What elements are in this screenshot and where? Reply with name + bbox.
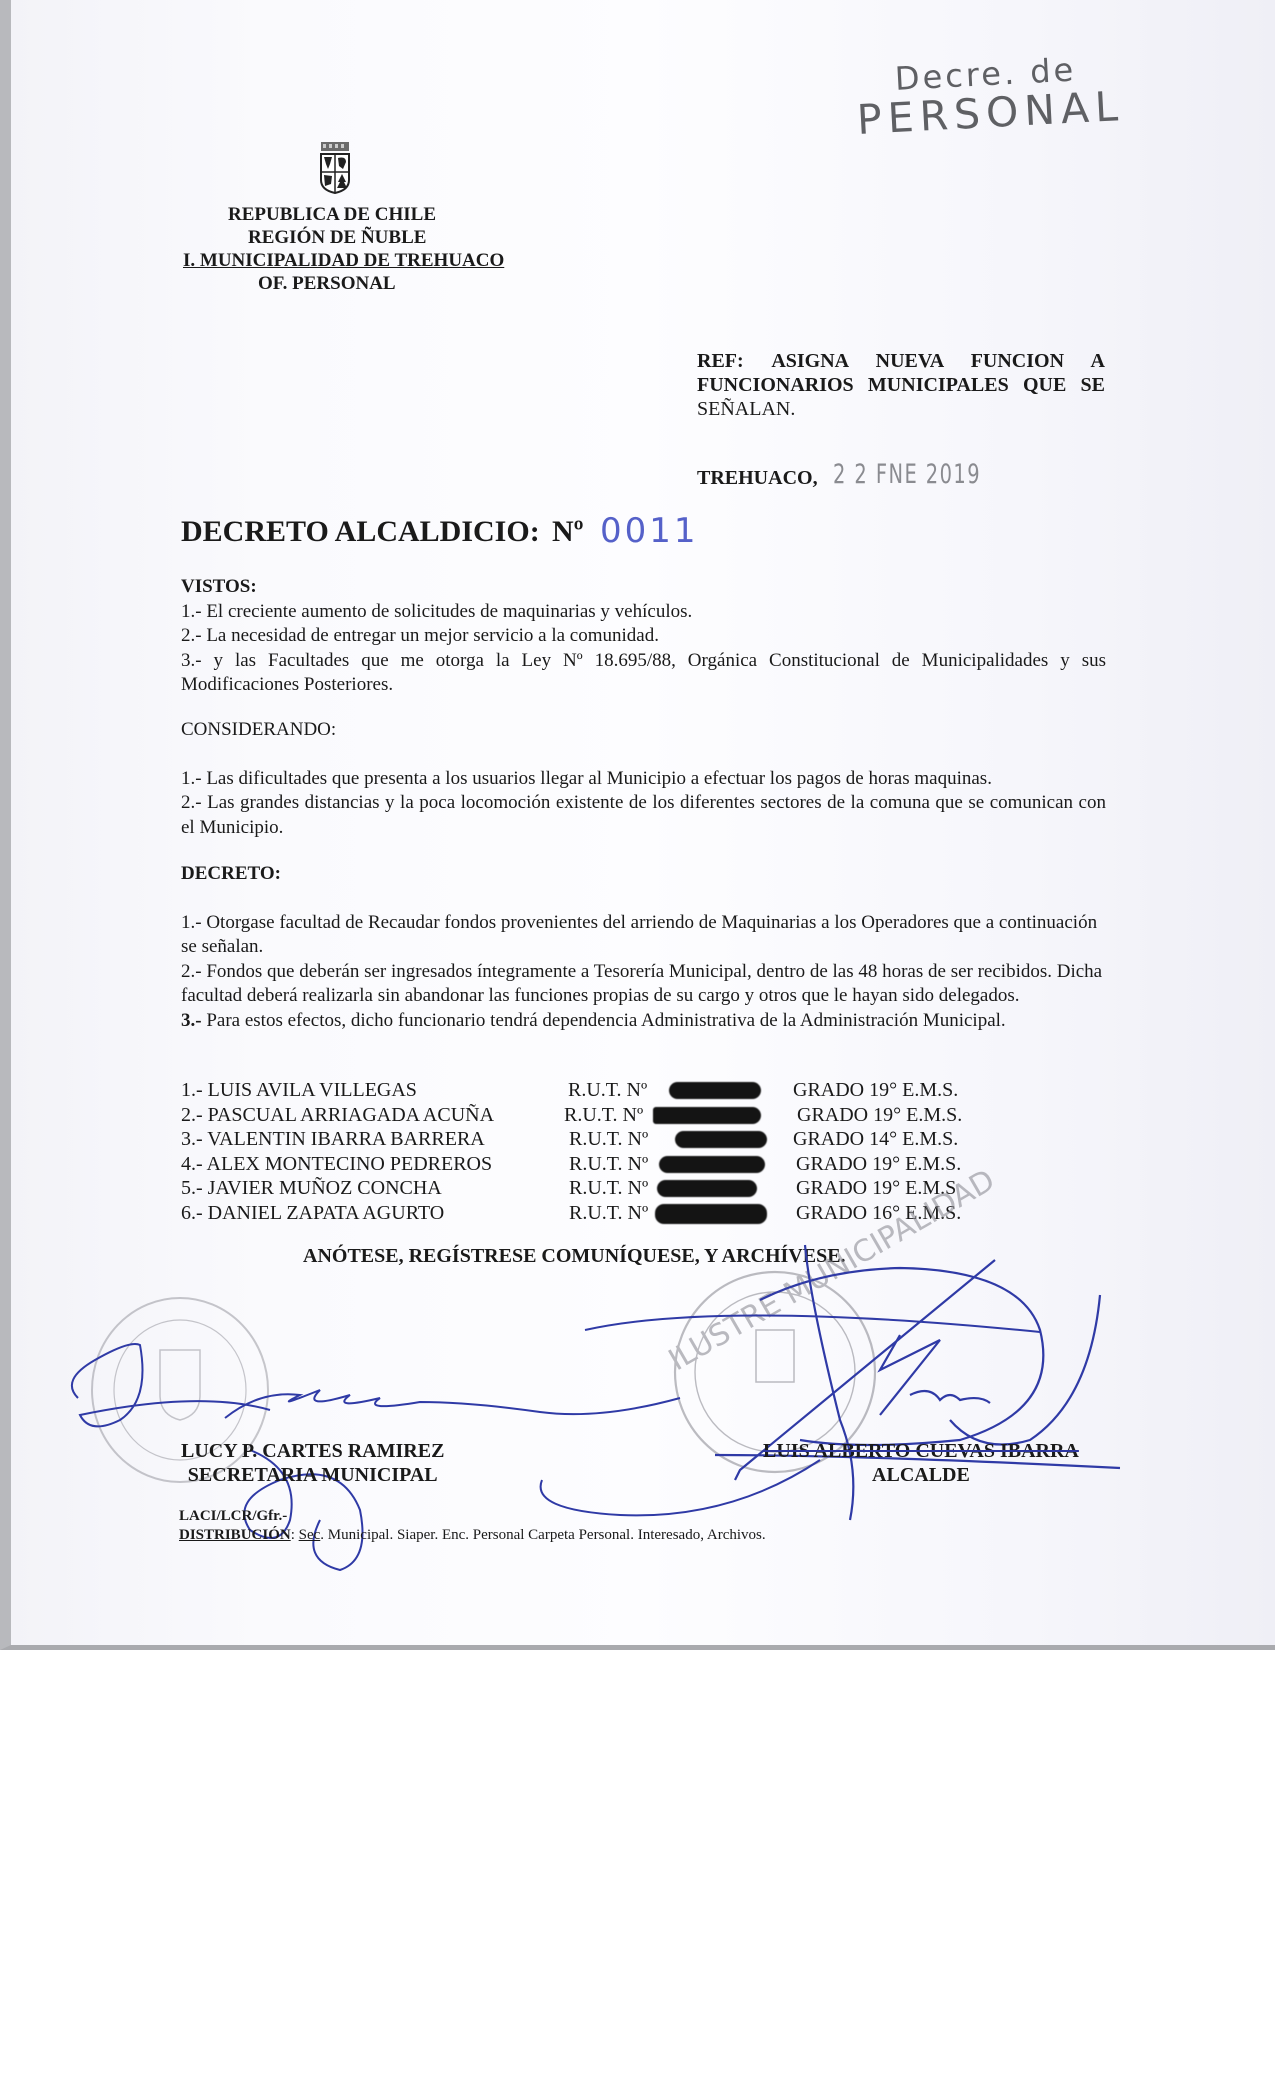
distribution-line: DISTRIBUCIÓN: Sec. Municipal. Siaper. En… <box>179 1527 766 1544</box>
coat-of-arms-icon <box>318 142 352 194</box>
distribution-label: DISTRIBUCIÓN <box>179 1527 291 1543</box>
vistos-item: 2.- La necesidad de entregar un mejor se… <box>181 624 1106 649</box>
reference-text: ASIGNA NUEVA FUNCION A FUNCIONARIOS MUNI… <box>697 350 1105 396</box>
secretary-name: LUCY P. CARTES RAMIREZ <box>181 1439 444 1463</box>
operator-name: 3.- VALENTIN IBARRA BARRERA <box>181 1127 485 1152</box>
decreto-item: 1.- Otorgase facultad de Recaudar fondos… <box>181 911 1106 960</box>
operator-rut-label: R.U.T. Nº <box>569 1152 648 1177</box>
secretary-signature-block: LUCY P. CARTES RAMIREZ SECRETARIA MUNICI… <box>181 1439 444 1487</box>
vistos-label: VISTOS: <box>181 575 1106 600</box>
secretary-title: SECRETARIA MUNICIPAL <box>181 1463 444 1487</box>
rut-redaction <box>669 1082 761 1099</box>
decreto-item-3-number: 3.- <box>181 1010 202 1031</box>
operator-row: 5.- JAVIER MUÑOZ CONCHA R.U.T. Nº GRADO … <box>181 1176 1181 1201</box>
operator-rut-label: R.U.T. Nº <box>568 1078 647 1103</box>
operator-name: 2.- PASCUAL ARRIAGADA ACUÑA <box>181 1103 494 1128</box>
distribution-first: Sec <box>299 1527 321 1543</box>
rut-redaction <box>659 1156 765 1173</box>
mayor-name: LUIS ALBERTO CUEVAS IBARRA <box>763 1439 1079 1463</box>
reference-initials: LACI/LCR/Gfr.- <box>179 1508 287 1525</box>
decree-title: DECRETO ALCALDICIO: <box>181 515 540 549</box>
vistos-item: 1.- El creciente aumento de solicitudes … <box>181 600 1106 625</box>
considerando-item: 1.- Las dificultades que presenta a los … <box>181 767 1106 792</box>
operator-rut-label: R.U.T. Nº <box>569 1201 648 1226</box>
operators-list: 1.- LUIS AVILA VILLEGAS R.U.T. Nº GRADO … <box>181 1078 1181 1225</box>
rut-redaction <box>675 1131 767 1148</box>
considerando-item: 2.- Las grandes distancias y la poca loc… <box>181 791 1106 840</box>
operator-grade: GRADO 19° E.M.S <box>796 1176 956 1201</box>
operator-grade: GRADO 19° E.M.S. <box>793 1078 958 1103</box>
operator-row: 3.- VALENTIN IBARRA BARRERA R.U.T. Nº GR… <box>181 1127 1181 1152</box>
operator-row: 4.- ALEX MONTECINO PEDREROS R.U.T. Nº GR… <box>181 1152 1181 1177</box>
decree-number-handwritten: 0011 <box>600 511 699 551</box>
mayor-signature-block: LUIS ALBERTO CUEVAS IBARRA ALCALDE <box>763 1439 1079 1487</box>
operator-row: 1.- LUIS AVILA VILLEGAS R.U.T. Nº GRADO … <box>181 1078 1181 1103</box>
operator-rut-label: R.U.T. Nº <box>569 1176 648 1201</box>
decreto-item: 2.- Fondos que deberán ser ingresados ín… <box>181 960 1106 1009</box>
reference-label: REF: <box>697 350 744 372</box>
operator-grade: GRADO 19° E.M.S. <box>797 1103 962 1128</box>
decreto-item-3-text: Para estos efectos, dicho funcionario te… <box>202 1010 1006 1031</box>
rut-redaction <box>655 1204 767 1224</box>
operator-grade: GRADO 14° E.M.S. <box>793 1127 958 1152</box>
rut-redaction <box>653 1107 761 1124</box>
operator-row: 6.- DANIEL ZAPATA AGURTO R.U.T. Nº GRADO… <box>181 1201 1181 1226</box>
considerando-section: CONSIDERANDO: 1.- Las dificultades que p… <box>181 718 1106 840</box>
decree-number-label: Nº <box>552 515 584 549</box>
operator-grade: GRADO 19° E.M.S. <box>796 1152 961 1177</box>
operator-grade: GRADO 16° E.M.S. <box>796 1201 961 1226</box>
operator-row: 2.- PASCUAL ARRIAGADA ACUÑA R.U.T. Nº GR… <box>181 1103 1181 1128</box>
header-municipality: I. MUNICIPALIDAD DE TREHUACO <box>183 249 504 272</box>
decreto-item: 3.- Para estos efectos, dicho funcionari… <box>181 1009 1106 1034</box>
operator-rut-label: R.U.T. Nº <box>569 1127 648 1152</box>
mayor-title: ALCALDE <box>763 1463 1079 1487</box>
decreto-label: DECRETO: <box>181 862 1106 887</box>
reference-text-end: SEÑALAN. <box>697 398 795 420</box>
considerando-label: CONSIDERANDO: <box>181 718 1106 743</box>
closing-formula: ANÓTESE, REGÍSTRESE COMUNÍQUESE, Y ARCHÍ… <box>303 1245 846 1268</box>
operator-name: 5.- JAVIER MUÑOZ CONCHA <box>181 1176 442 1201</box>
distribution-recipients: . Municipal. Siaper. Enc. Personal Carpe… <box>320 1527 765 1543</box>
decreto-section: DECRETO: 1.- Otorgase facultad de Recaud… <box>181 862 1106 1033</box>
date-stamp: 2 2 FNE 2019 <box>833 459 981 490</box>
header-country: REPUBLICA DE CHILE <box>228 203 436 226</box>
rut-redaction <box>657 1180 757 1197</box>
operator-rut-label: R.U.T. Nº <box>564 1103 643 1128</box>
personal-decree-stamp: Decre. de PERSONAL <box>854 51 1125 142</box>
header-office: OF. PERSONAL <box>258 272 396 295</box>
operator-name: 6.- DANIEL ZAPATA AGURTO <box>181 1201 444 1226</box>
place-label: TREHUACO, <box>697 467 818 490</box>
reference-block: REF: ASIGNA NUEVA FUNCION A FUNCIONARIOS… <box>697 349 1105 421</box>
header-region: REGIÓN DE ÑUBLE <box>248 226 426 249</box>
vistos-section: VISTOS: 1.- El creciente aumento de soli… <box>181 575 1106 698</box>
operator-name: 1.- LUIS AVILA VILLEGAS <box>181 1078 417 1103</box>
operator-name: 4.- ALEX MONTECINO PEDREROS <box>181 1152 492 1177</box>
vistos-item: 3.- y las Facultades que me otorga la Le… <box>181 649 1106 698</box>
